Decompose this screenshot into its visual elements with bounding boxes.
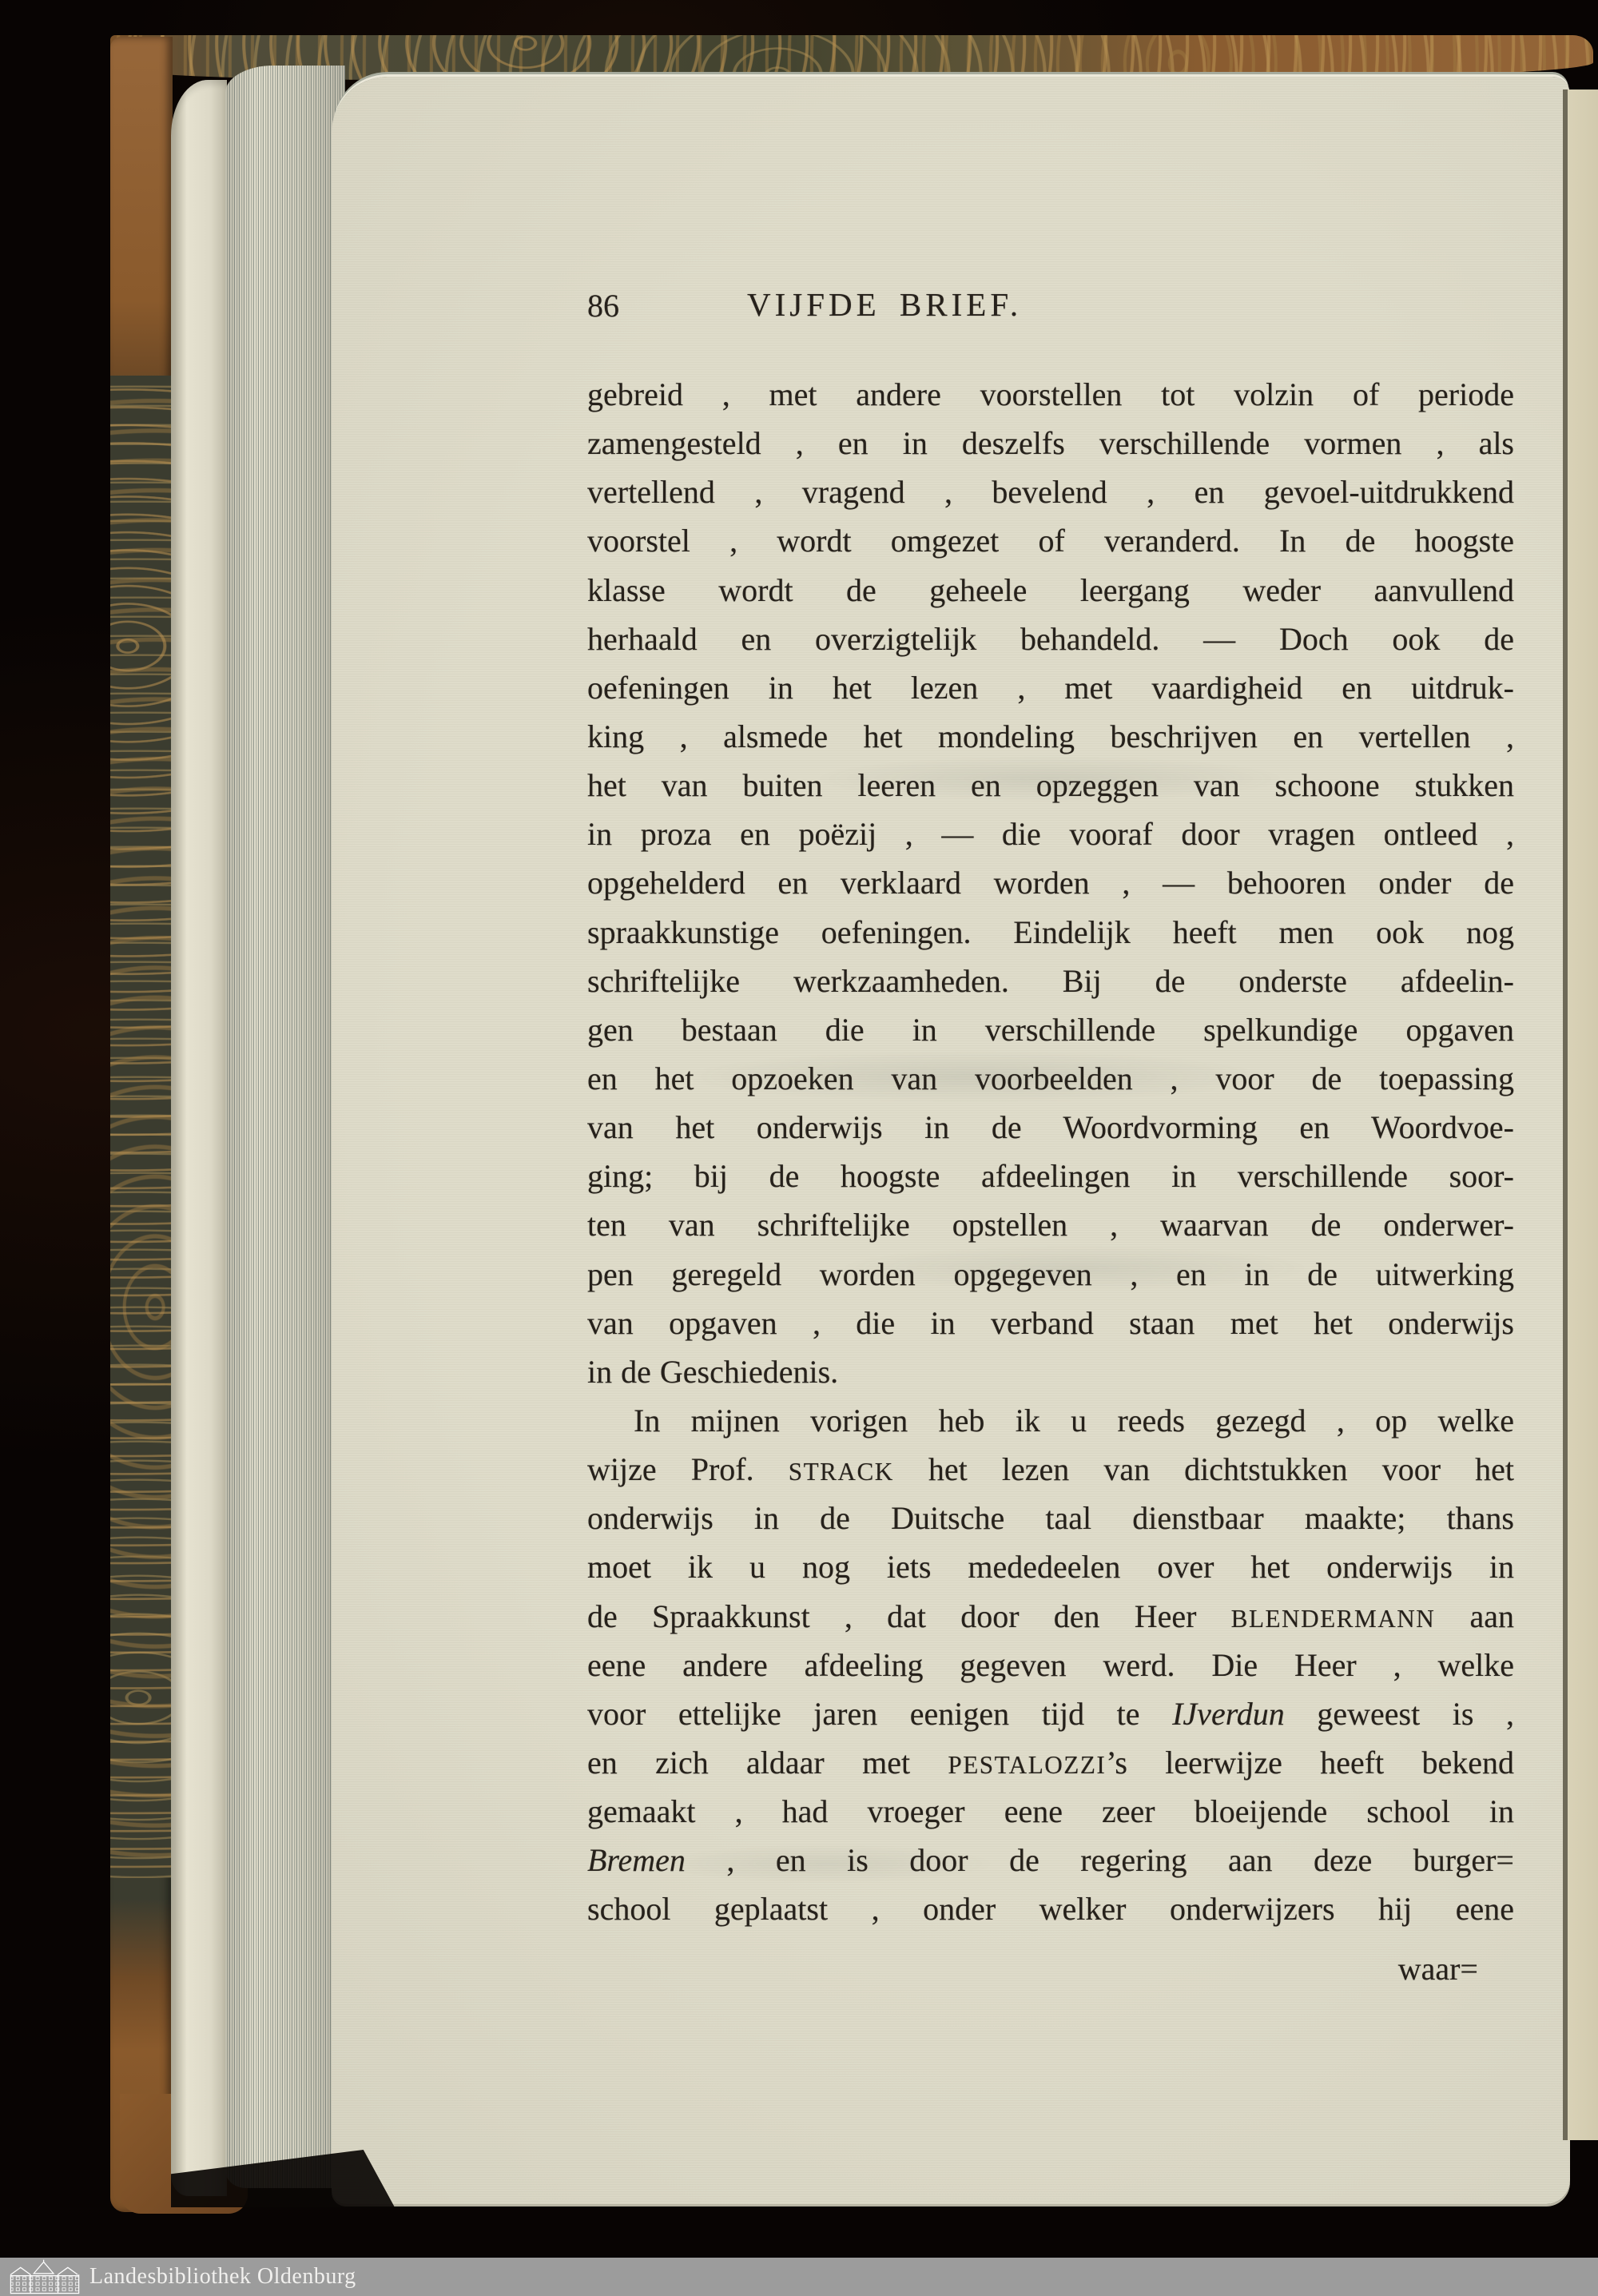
text-segment: en het opzoeken van voorbeelden , voor d… — [587, 1060, 1514, 1096]
text-segment: IJverdun — [1172, 1696, 1285, 1732]
book-page: 86 VIJFDE BRIEF. gebreid , met andere vo… — [332, 77, 1570, 2204]
running-title: VIJFDE BRIEF. — [747, 285, 1022, 324]
text-line: gemaakt , had vroeger eene zeer bloeijen… — [587, 1787, 1514, 1836]
body-text: gebreid , met andere voorstellen tot vol… — [587, 370, 1514, 1934]
text-line: school geplaatst , onder welker onderwij… — [587, 1884, 1514, 1933]
text-segment: spraakkunstige oefeningen. Eindelijk hee… — [587, 914, 1514, 950]
text-segment: geweest is , — [1285, 1696, 1514, 1732]
text-line: het van buiten leeren en opzeggen van sc… — [587, 761, 1514, 810]
text-line: in proza en poëzij , — die vooraf door v… — [587, 810, 1514, 858]
text-line: gebreid , met andere voorstellen tot vol… — [587, 370, 1514, 419]
library-watermark-bar: Landesbibliothek Oldenburg — [0, 2258, 1598, 2296]
text-line: ging; bij de hoogste afdeelingen in vers… — [587, 1152, 1514, 1200]
text-line: eene andere afdeeling gegeven werd. Die … — [587, 1641, 1514, 1689]
text-line: Bremen , en is door de regering aan deze… — [587, 1836, 1514, 1884]
text-segment: in proza en poëzij , — die vooraf door v… — [587, 816, 1514, 852]
text-segment: strack — [789, 1458, 894, 1486]
text-segment: king , alsmede het mondeling beschrijven… — [587, 718, 1514, 754]
text-line: en zich aldaar met pestalozzi’s leerwijz… — [587, 1738, 1514, 1787]
text-line: wijze Prof. strack het lezen van dichtst… — [587, 1445, 1514, 1494]
text-segment: onderwijs in de Duitsche taal dienstbaar… — [587, 1500, 1514, 1536]
text-line: gen bestaan die in verschillende spelkun… — [587, 1005, 1514, 1054]
text-line: pen geregeld worden opgegeven , en in de… — [587, 1250, 1514, 1299]
text-segment: het lezen van dichtstukken voor het — [894, 1451, 1514, 1487]
library-name: Landesbibliothek Oldenburg — [89, 2264, 356, 2290]
text-line: moet ik u nog iets mededeelen over het o… — [587, 1542, 1514, 1591]
text-segment: gen bestaan die in verschillende spelkun… — [587, 1012, 1514, 1048]
catchword: waar= — [1398, 1950, 1478, 1988]
text-segment: pestalozzi — [948, 1751, 1106, 1779]
text-line: spraakkunstige oefeningen. Eindelijk hee… — [587, 908, 1514, 957]
text-line: onderwijs in de Duitsche taal dienstbaar… — [587, 1494, 1514, 1542]
text-segment: schriftelijke werkzaamheden. Bij de onde… — [587, 963, 1514, 999]
library-building-icon — [5, 2259, 85, 2294]
text-segment: aan — [1435, 1598, 1514, 1634]
text-line: klasse wordt de geheele leergang weder a… — [587, 566, 1514, 615]
text-segment: wijze Prof. — [587, 1451, 789, 1487]
text-line: king , alsmede het mondeling beschrijven… — [587, 712, 1514, 761]
text-segment: , en is door de regering aan deze burger… — [686, 1842, 1514, 1878]
text-segment: Bremen — [587, 1842, 686, 1878]
text-line: voorstel , wordt omgezet of veranderd. I… — [587, 516, 1514, 565]
text-segment: oefeningen in het lezen , met vaardighei… — [587, 670, 1514, 706]
text-segment: herhaald en overzigtelijk behandeld. — D… — [587, 621, 1514, 657]
text-segment: ging; bij de hoogste afdeelingen in vers… — [587, 1158, 1514, 1194]
text-segment: in de Geschiedenis. — [587, 1354, 838, 1390]
page-number: 86 — [587, 287, 619, 324]
text-segment: de Spraakkunst , dat door den Heer — [587, 1598, 1231, 1634]
text-line: In mijnen vorigen heb ik u reeds gezegd … — [587, 1396, 1514, 1445]
text-line: van het onderwijs in de Woordvorming en … — [587, 1103, 1514, 1152]
text-segment: en zich aldaar met — [587, 1745, 948, 1781]
text-line: van opgaven , die in verband staan met h… — [587, 1299, 1514, 1347]
text-line: oefeningen in het lezen , met vaardighei… — [587, 663, 1514, 712]
text-line: voor ettelijke jaren eenigen tijd te IJv… — [587, 1689, 1514, 1738]
text-line: herhaald en overzigtelijk behandeld. — D… — [587, 615, 1514, 663]
book-cover-marbled-paper — [110, 376, 173, 1878]
text-line: opgehelderd en verklaard worden , — beho… — [587, 858, 1514, 907]
underlying-page-edge — [1563, 90, 1598, 2140]
text-segment: vertellend , vragend , bevelend , en gev… — [587, 474, 1514, 510]
text-segment: van het onderwijs in de Woordvorming en … — [587, 1109, 1514, 1145]
text-segment: van opgaven , die in verband staan met h… — [587, 1305, 1514, 1341]
page-stack-fore-edge — [225, 66, 345, 2188]
text-segment: ’s leerwijze heeft bekend — [1106, 1745, 1514, 1781]
text-segment: In mijnen vorigen heb ik u reeds gezegd … — [634, 1403, 1514, 1438]
text-line: de Spraakkunst , dat door den Heer blend… — [587, 1592, 1514, 1641]
text-segment: klasse wordt de geheele leergang weder a… — [587, 572, 1514, 608]
text-segment: het van buiten leeren en opzeggen van sc… — [587, 767, 1514, 803]
text-segment: voorstel , wordt omgezet of veranderd. I… — [587, 523, 1514, 559]
page-header: 86 VIJFDE BRIEF. — [587, 287, 1514, 328]
text-line: en het opzoeken van voorbeelden , voor d… — [587, 1054, 1514, 1103]
text-line: ten van schriftelijke opstellen , waarva… — [587, 1200, 1514, 1249]
text-segment: gemaakt , had vroeger eene zeer bloeijen… — [587, 1793, 1514, 1829]
text-line: vertellend , vragend , bevelend , en gev… — [587, 468, 1514, 516]
text-line: zamengesteld , en in deszelfs verschille… — [587, 419, 1514, 468]
text-line: in de Geschiedenis. — [587, 1347, 1514, 1396]
text-segment: gebreid , met andere voorstellen tot vol… — [587, 376, 1514, 412]
text-segment: moet ik u nog iets mededeelen over het o… — [587, 1549, 1514, 1585]
text-segment: voor ettelijke jaren eenigen tijd te — [587, 1696, 1172, 1732]
marble-texture — [110, 376, 173, 1878]
page-stack-inner-edge — [171, 80, 227, 2196]
text-segment: blendermann — [1231, 1605, 1436, 1633]
text-segment: ten van schriftelijke opstellen , waarva… — [587, 1207, 1514, 1243]
text-segment: opgehelderd en verklaard worden , — beho… — [587, 865, 1514, 901]
text-line: schriftelijke werkzaamheden. Bij de onde… — [587, 957, 1514, 1005]
text-segment: eene andere afdeeling gegeven werd. Die … — [587, 1647, 1514, 1683]
text-segment: pen geregeld worden opgegeven , en in de… — [587, 1256, 1514, 1292]
text-segment: zamengesteld , en in deszelfs verschille… — [587, 425, 1514, 461]
book-scan: 86 VIJFDE BRIEF. gebreid , met andere vo… — [0, 0, 1598, 2296]
text-segment: school geplaatst , onder welker onderwij… — [587, 1891, 1514, 1927]
